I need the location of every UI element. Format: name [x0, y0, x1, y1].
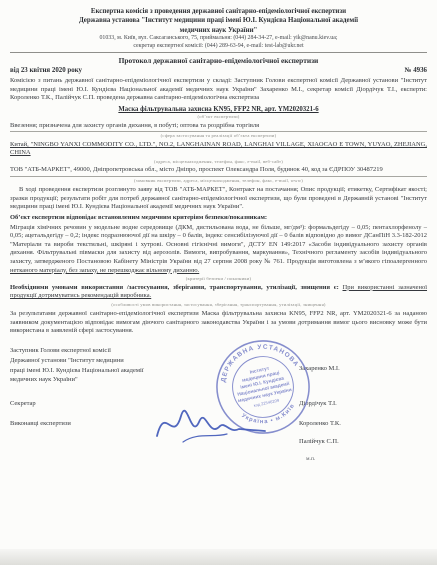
deputy-title-block: Заступник Голови експертної комісії Держ…: [10, 346, 257, 385]
executor-name: Палійчук С.П.: [299, 437, 427, 447]
review-paragraph: В ході проведення експертизи розглянуто …: [10, 186, 427, 212]
signature-section: Заступник Голови експертної комісії Держ…: [10, 346, 427, 462]
criteria-paragraph: Міграція хімічних речовин у модельне вод…: [10, 224, 427, 275]
executors-label: Виконавці експертизи: [10, 419, 299, 429]
object-caption: (об’єкт експертизи): [10, 114, 427, 120]
protocol-date: від 23 квітня 2020 року: [10, 67, 82, 74]
manufacturer-line: Китай, "NINGBO YANXI COMMODITY CO., LTD.…: [10, 141, 427, 158]
commission-paragraph: Комісією з питань державної санітарно-еп…: [10, 77, 427, 103]
criteria-text: Міграція хімічних речовин у модельне вод…: [10, 224, 427, 265]
org-name-line3: медичних наук України": [10, 26, 427, 35]
criteria-heading: Об’єкт експертизи відповідає встановлени…: [10, 214, 427, 223]
object-title: Маска фільтрувальна захисна KN95, FFP2 N…: [10, 106, 427, 113]
document-header: Експертна комісія з проведення державної…: [10, 7, 427, 65]
secretary-name: Діордічук Т.І.: [299, 399, 427, 409]
scope-caption: (сфера застосування та реалізації об’єкт…: [10, 133, 427, 139]
executor2-row: Палійчук С.П.: [10, 437, 427, 447]
executor-name: Короленко Т.К.: [299, 419, 427, 429]
manufacturer-caption: (адреса, місцезнаходження, телефон, факс…: [10, 159, 427, 165]
conditions-caption: (особливості умов використання, застосув…: [10, 302, 427, 308]
document-page: Експертна комісія з проведення державної…: [0, 0, 437, 565]
scan-edge-shadow: [0, 549, 437, 565]
deputy-title-line: праці імені Ю.І. Кундієва Національної а…: [10, 366, 257, 376]
protocol-number: № 4936: [405, 67, 427, 74]
org-name-line1: Експертна комісія з проведення державної…: [10, 7, 427, 16]
seal-mark: м.п.: [306, 456, 427, 462]
conditions-bold: Необхідними умовами використання /застос…: [10, 284, 339, 291]
deputy-signature-row: Заступник Голови експертної комісії Держ…: [10, 346, 427, 385]
org-name-line2: Державна установа "Інститут медицини пра…: [10, 16, 427, 25]
org-address-line1: 01033, м. Київ, вул. Саксаганського, 75,…: [10, 35, 427, 43]
org-contact-line2: секретар експертної комісії: (044) 289-6…: [10, 43, 427, 51]
secretary-row: Секретар Діордічук Т.І.: [10, 399, 427, 409]
scope-line: Ввезення; призначена для захисту органів…: [10, 122, 427, 133]
header-divider: [10, 52, 427, 53]
manufacturer-text: Китай, "NINGBO YANXI COMMODITY CO., LTD.…: [10, 141, 427, 157]
deputy-title-line: Заступник Голови експертної комісії: [10, 346, 257, 356]
deputy-title-line: медичних наук України": [10, 375, 257, 385]
deputy-name: Захаренко М.І.: [257, 346, 427, 385]
applicant-line: ТОВ "АТБ-МАРКЕТ", 49000, Дніпропетровськ…: [10, 166, 427, 177]
secretary-label: Секретар: [10, 399, 299, 409]
criteria-last-line: нетканого матеріалу, без запаху, не пере…: [10, 267, 199, 274]
protocol-title: Протокол державної санітарно-епідеміолог…: [10, 56, 427, 65]
executors-row: Виконавці експертизи Короленко Т.К.: [10, 419, 427, 429]
conclusion-paragraph: За результатами державної санітарно-епід…: [10, 310, 427, 336]
deputy-title-line: Державної установи "Інститут медицини: [10, 356, 257, 366]
applicant-caption: (замовник експертизи, адреса, місцезнахо…: [10, 178, 427, 184]
conditions-paragraph: Необхідними умовами використання /застос…: [10, 284, 427, 301]
criteria-caption: (критерії безпеки / показники): [10, 276, 427, 282]
protocol-meta-row: від 23 квітня 2020 року № 4936: [10, 67, 427, 74]
